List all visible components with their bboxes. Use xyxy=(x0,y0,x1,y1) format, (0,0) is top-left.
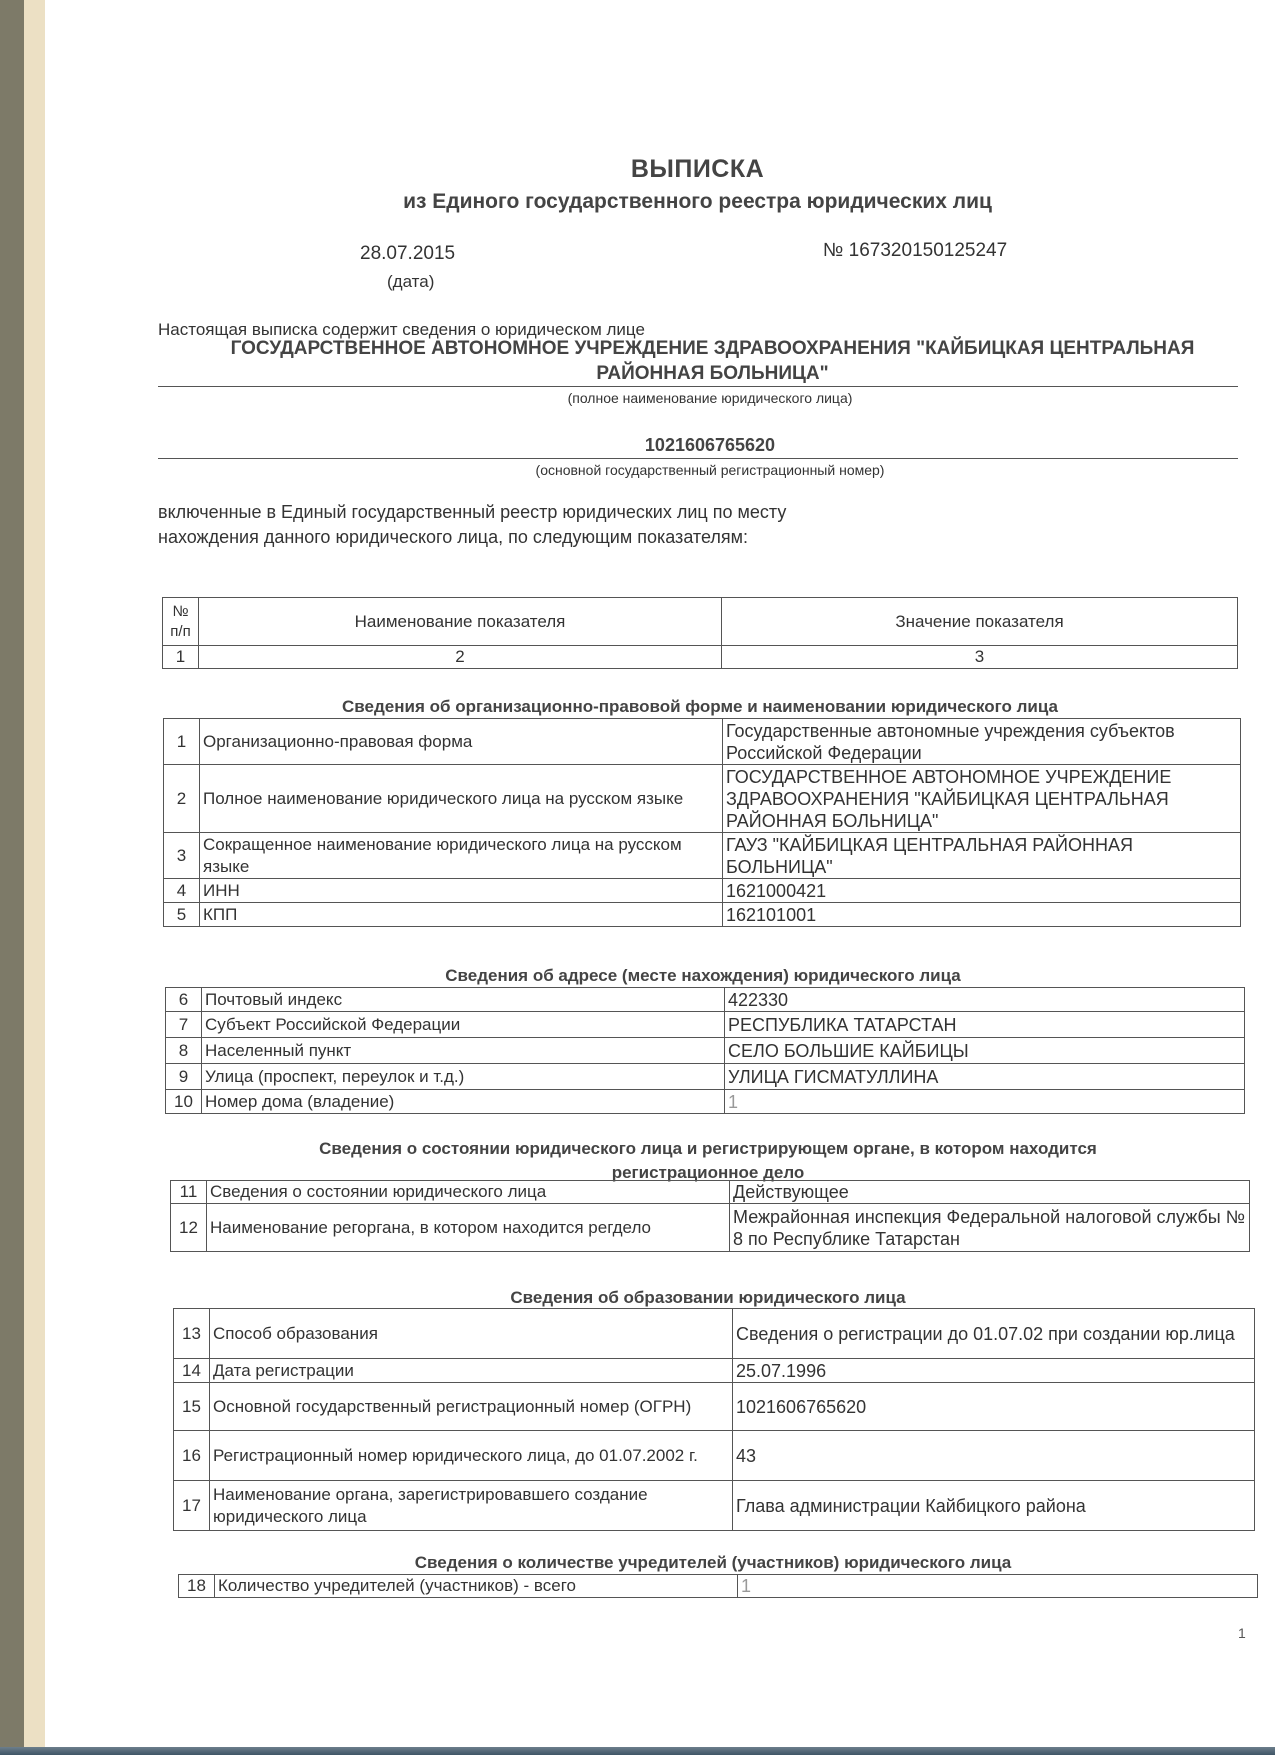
row-label: Количество учредителей (участников) - вс… xyxy=(215,1575,738,1598)
row-number: 9 xyxy=(166,1064,202,1090)
row-value: 162101001 xyxy=(723,903,1241,927)
row-number: 15 xyxy=(174,1383,210,1431)
row-number: 8 xyxy=(166,1038,202,1064)
section-table-status: 11 Сведения о состоянии юридического лиц… xyxy=(170,1180,1250,1252)
entity-name-caption: (полное наименование юридического лица) xyxy=(150,390,1270,406)
table-row: 16 Регистрационный номер юридического ли… xyxy=(174,1431,1255,1481)
section-title-founders: Сведения о количестве учредителей (участ… xyxy=(175,1553,1251,1573)
row-label: Населенный пункт xyxy=(202,1038,725,1064)
row-label: Основной государственный регистрационный… xyxy=(210,1383,733,1431)
col-number-header: № п/п xyxy=(163,598,199,646)
document-title: ВЫПИСКА xyxy=(45,155,1275,184)
section-title-org-form: Сведения об организационно-правовой форм… xyxy=(162,697,1238,717)
col-index-1: 1 xyxy=(163,646,199,669)
section-table-address: 6 Почтовый индекс 422330 7 Субъект Росси… xyxy=(165,987,1245,1114)
row-value: СЕЛО БОЛЬШИЕ КАЙБИЦЫ xyxy=(725,1038,1245,1064)
table-row: 5 КПП 162101001 xyxy=(164,903,1241,927)
table-row: 8 Населенный пункт СЕЛО БОЛЬШИЕ КАЙБИЦЫ xyxy=(166,1038,1245,1064)
section-table-formation: 13 Способ образования Сведения о регистр… xyxy=(173,1308,1255,1531)
row-value: 1 xyxy=(738,1575,1258,1598)
entity-name-line2: РАЙОННАЯ БОЛЬНИЦА" xyxy=(150,361,1275,386)
row-number: 1 xyxy=(164,719,200,765)
row-value: УЛИЦА ГИСМАТУЛЛИНА xyxy=(725,1064,1245,1090)
table-row: 7 Субъект Российской Федерации РЕСПУБЛИК… xyxy=(166,1012,1245,1038)
row-label: Наименование регоргана, в котором находи… xyxy=(207,1204,730,1252)
table-row: 11 Сведения о состоянии юридического лиц… xyxy=(171,1181,1250,1204)
included-line2: нахождения данного юридического лица, по… xyxy=(158,525,958,550)
row-number: 5 xyxy=(164,903,200,927)
row-number: 10 xyxy=(166,1090,202,1114)
row-value: Государственные автономные учреждения су… xyxy=(723,719,1241,765)
row-number: 4 xyxy=(164,879,200,903)
row-value: ГОСУДАРСТВЕННОЕ АВТОНОМНОЕ УЧРЕЖДЕНИЕ ЗД… xyxy=(723,765,1241,833)
row-label: ИНН xyxy=(200,879,723,903)
row-label: Почтовый индекс xyxy=(202,988,725,1012)
row-value: РЕСПУБЛИКА ТАТАРСТАН xyxy=(725,1012,1245,1038)
col-index-3: 3 xyxy=(722,646,1238,669)
row-value: Межрайонная инспекция Федеральной налого… xyxy=(730,1204,1250,1252)
row-number: 3 xyxy=(164,833,200,879)
issue-date-label: (дата) xyxy=(387,272,434,292)
included-text: включенные в Единый государственный реес… xyxy=(158,500,958,550)
row-label: Улица (проспект, переулок и т.д.) xyxy=(202,1064,725,1090)
row-number: 2 xyxy=(164,765,200,833)
header-table: № п/п Наименование показателя Значение п… xyxy=(162,597,1238,669)
row-label: Способ образования xyxy=(210,1309,733,1359)
table-row: 3 Сокращенное наименование юридического … xyxy=(164,833,1241,879)
row-value: 1021606765620 xyxy=(733,1383,1255,1431)
row-label: Организационно-правовая форма xyxy=(200,719,723,765)
divider xyxy=(158,458,1238,459)
table-row: 10 Номер дома (владение) 1 xyxy=(166,1090,1245,1114)
row-number: 14 xyxy=(174,1359,210,1383)
ogrn-value: 1021606765620 xyxy=(150,435,1270,456)
scan-bottom-edge xyxy=(0,1747,1275,1755)
table-row: 15 Основной государственный регистрацион… xyxy=(174,1383,1255,1431)
table-row: 13 Способ образования Сведения о регистр… xyxy=(174,1309,1255,1359)
section-title-formation: Сведения об образовании юридического лиц… xyxy=(170,1288,1246,1308)
entity-name-line1: ГОСУДАРСТВЕННОЕ АВТОНОМНОЕ УЧРЕЖДЕНИЕ ЗД… xyxy=(150,336,1275,361)
table-row: 12 Наименование регоргана, в котором нах… xyxy=(171,1204,1250,1252)
table-row: 9 Улица (проспект, переулок и т.д.) УЛИЦ… xyxy=(166,1064,1245,1090)
section-title-address: Сведения об адресе (месте нахождения) юр… xyxy=(165,966,1241,986)
row-value: 1621000421 xyxy=(723,879,1241,903)
row-value: 43 xyxy=(733,1431,1255,1481)
divider xyxy=(158,386,1238,387)
row-label: Номер дома (владение) xyxy=(202,1090,725,1114)
ogrn-caption: (основной государственный регистрационны… xyxy=(150,462,1270,478)
scan-edge-beige xyxy=(24,0,45,1755)
row-number: 12 xyxy=(171,1204,207,1252)
entity-full-name: ГОСУДАРСТВЕННОЕ АВТОНОМНОЕ УЧРЕЖДЕНИЕ ЗД… xyxy=(150,336,1275,386)
section-table-founders: 18 Количество учредителей (участников) -… xyxy=(178,1574,1258,1598)
row-value: ГАУЗ "КАЙБИЦКАЯ ЦЕНТРАЛЬНАЯ РАЙОННАЯ БОЛ… xyxy=(723,833,1241,879)
row-value: 25.07.1996 xyxy=(733,1359,1255,1383)
row-label: Наименование органа, зарегистрировавшего… xyxy=(210,1481,733,1531)
row-number: 7 xyxy=(166,1012,202,1038)
row-label: Сокращенное наименование юридического ли… xyxy=(200,833,723,879)
row-value: Действующее xyxy=(730,1181,1250,1204)
table-row: 6 Почтовый индекс 422330 xyxy=(166,988,1245,1012)
col-name-header: Наименование показателя xyxy=(199,598,722,646)
row-label: КПП xyxy=(200,903,723,927)
issue-date: 28.07.2015 xyxy=(360,243,455,265)
scan-edge-dark xyxy=(0,0,24,1755)
document-subtitle: из Единого государственного реестра юрид… xyxy=(45,190,1275,214)
section-title-status: Сведения о состоянии юридического лица и… xyxy=(170,1137,1246,1185)
table-row: 18 Количество учредителей (участников) -… xyxy=(179,1575,1258,1598)
row-number: 17 xyxy=(174,1481,210,1531)
row-number: 13 xyxy=(174,1309,210,1359)
row-number: 18 xyxy=(179,1575,215,1598)
table-row: 4 ИНН 1621000421 xyxy=(164,879,1241,903)
row-number: 6 xyxy=(166,988,202,1012)
row-label: Полное наименование юридического лица на… xyxy=(200,765,723,833)
document-page: ВЫПИСКА из Единого государственного реес… xyxy=(45,0,1275,1747)
col-index-2: 2 xyxy=(199,646,722,669)
col-value-header: Значение показателя xyxy=(722,598,1238,646)
row-number: 16 xyxy=(174,1431,210,1481)
row-label: Сведения о состоянии юридического лица xyxy=(207,1181,730,1204)
row-label: Дата регистрации xyxy=(210,1359,733,1383)
row-value: 422330 xyxy=(725,988,1245,1012)
page-number: 1 xyxy=(1238,1625,1246,1641)
row-value: Сведения о регистрации до 01.07.02 при с… xyxy=(733,1309,1255,1359)
section-table-org-form: 1 Организационно-правовая форма Государс… xyxy=(163,718,1241,927)
table-row: 2 Полное наименование юридического лица … xyxy=(164,765,1241,833)
table-row: 1 Организационно-правовая форма Государс… xyxy=(164,719,1241,765)
row-value: Глава администрации Кайбицкого района xyxy=(733,1481,1255,1531)
row-label: Субъект Российской Федерации xyxy=(202,1012,725,1038)
row-number: 11 xyxy=(171,1181,207,1204)
table-row: 14 Дата регистрации 25.07.1996 xyxy=(174,1359,1255,1383)
row-label: Регистрационный номер юридического лица,… xyxy=(210,1431,733,1481)
row-value: 1 xyxy=(725,1090,1245,1114)
table-row: 17 Наименование органа, зарегистрировавш… xyxy=(174,1481,1255,1531)
section-title-line1: Сведения о состоянии юридического лица и… xyxy=(170,1137,1246,1161)
document-number: № 167320150125247 xyxy=(823,240,1007,262)
included-line1: включенные в Единый государственный реес… xyxy=(158,500,958,525)
